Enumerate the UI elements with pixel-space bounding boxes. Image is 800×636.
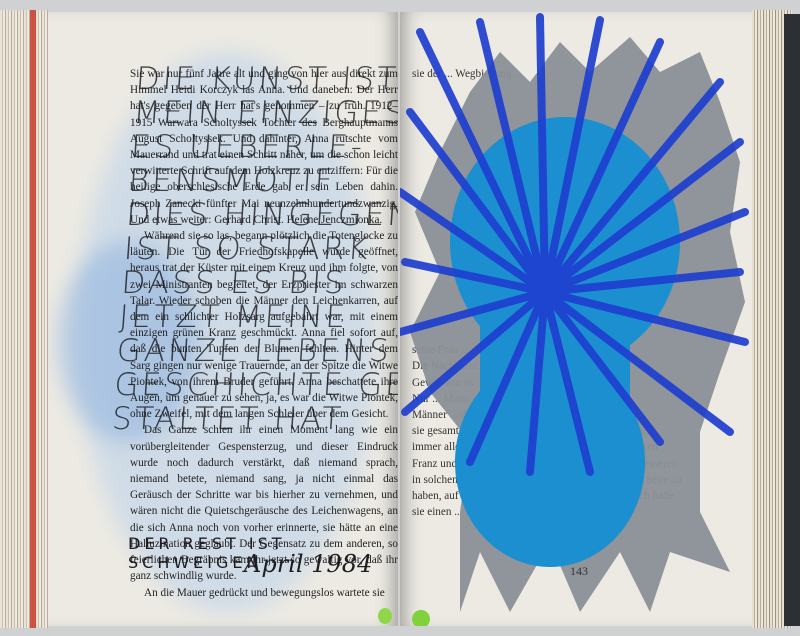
handwriting-line: ES UEBERLE- xyxy=(130,130,398,164)
red-edge-stripe xyxy=(30,10,36,628)
handwritten-text: DIE KUNST IST MEIN EINZIGES ES UEBERLE- … xyxy=(111,62,398,436)
page-edges-left xyxy=(0,10,48,628)
signature: April 1984 xyxy=(244,550,372,578)
handwriting-line: DIES HINGEGEN xyxy=(125,198,398,232)
handwriting-line: DASS ES BIS xyxy=(120,266,398,300)
painted-sun-motif xyxy=(400,12,752,626)
handwriting-line: STALTET HAT xyxy=(111,402,398,436)
handwriting-line: BENSMOTIF xyxy=(128,164,398,198)
handwriting-line: DIE KUNST IST xyxy=(135,62,398,96)
green-paint-dot xyxy=(412,610,430,626)
handwriting-line: JETZT MEINE xyxy=(118,300,398,334)
left-page: Sie war nur fünf Jahre alt und ging von … xyxy=(48,12,398,626)
right-page: sie der ... Wegbiegung ... seine Frau ..… xyxy=(400,12,752,626)
green-paint-dot xyxy=(378,608,392,624)
handwriting-line: GANZE LEBENS xyxy=(116,334,398,368)
handwriting-line: GESCHICHTE GE- xyxy=(113,368,398,402)
paragraph: An die Mauer gedrückt und bewegungslos w… xyxy=(130,585,398,601)
handwriting-line: MEIN EINZIGES xyxy=(132,96,398,130)
page-number: 143 xyxy=(570,564,588,579)
book-cover xyxy=(784,14,800,626)
handwriting-line: IST SO STARK xyxy=(123,232,398,266)
open-book: Sie war nur fünf Jahre alt und ging von … xyxy=(0,4,800,632)
